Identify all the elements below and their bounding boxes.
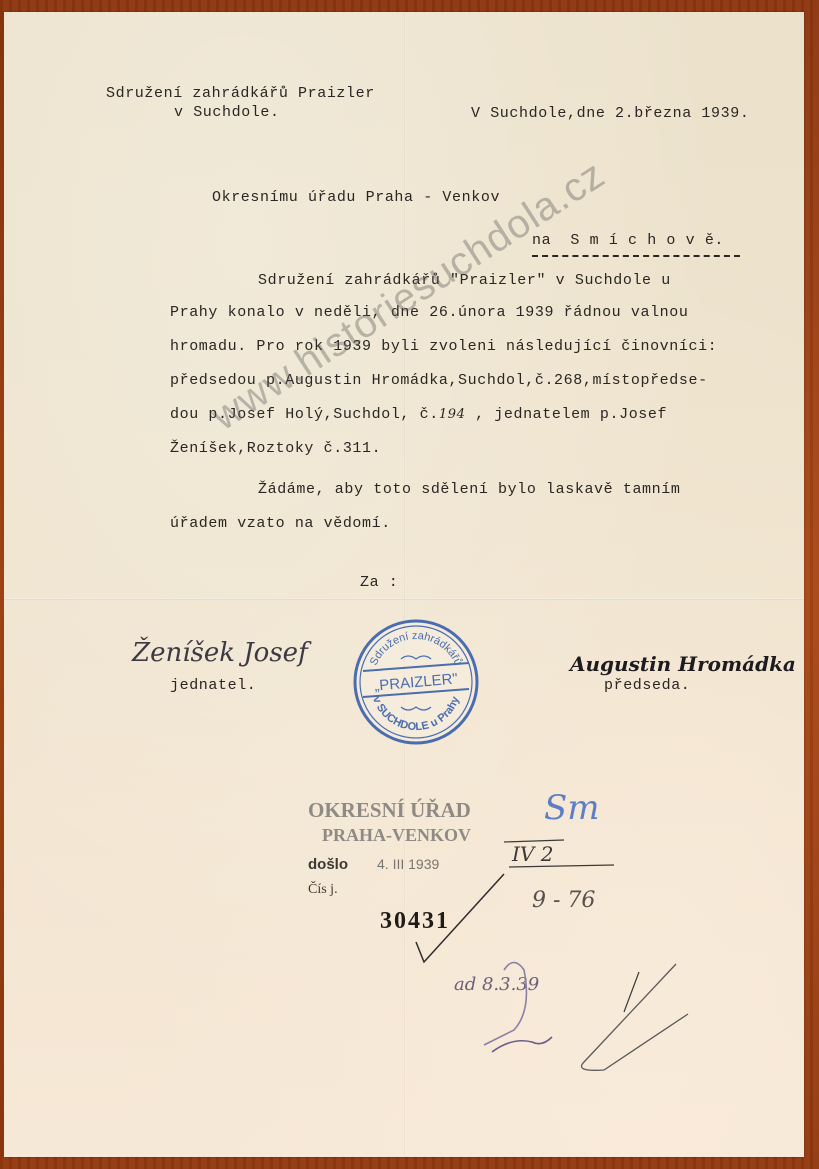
- handwritten-strokes: [4, 12, 804, 1157]
- document-page: Sdružení zahrádkářů Praizler v Suchdole.…: [4, 12, 804, 1157]
